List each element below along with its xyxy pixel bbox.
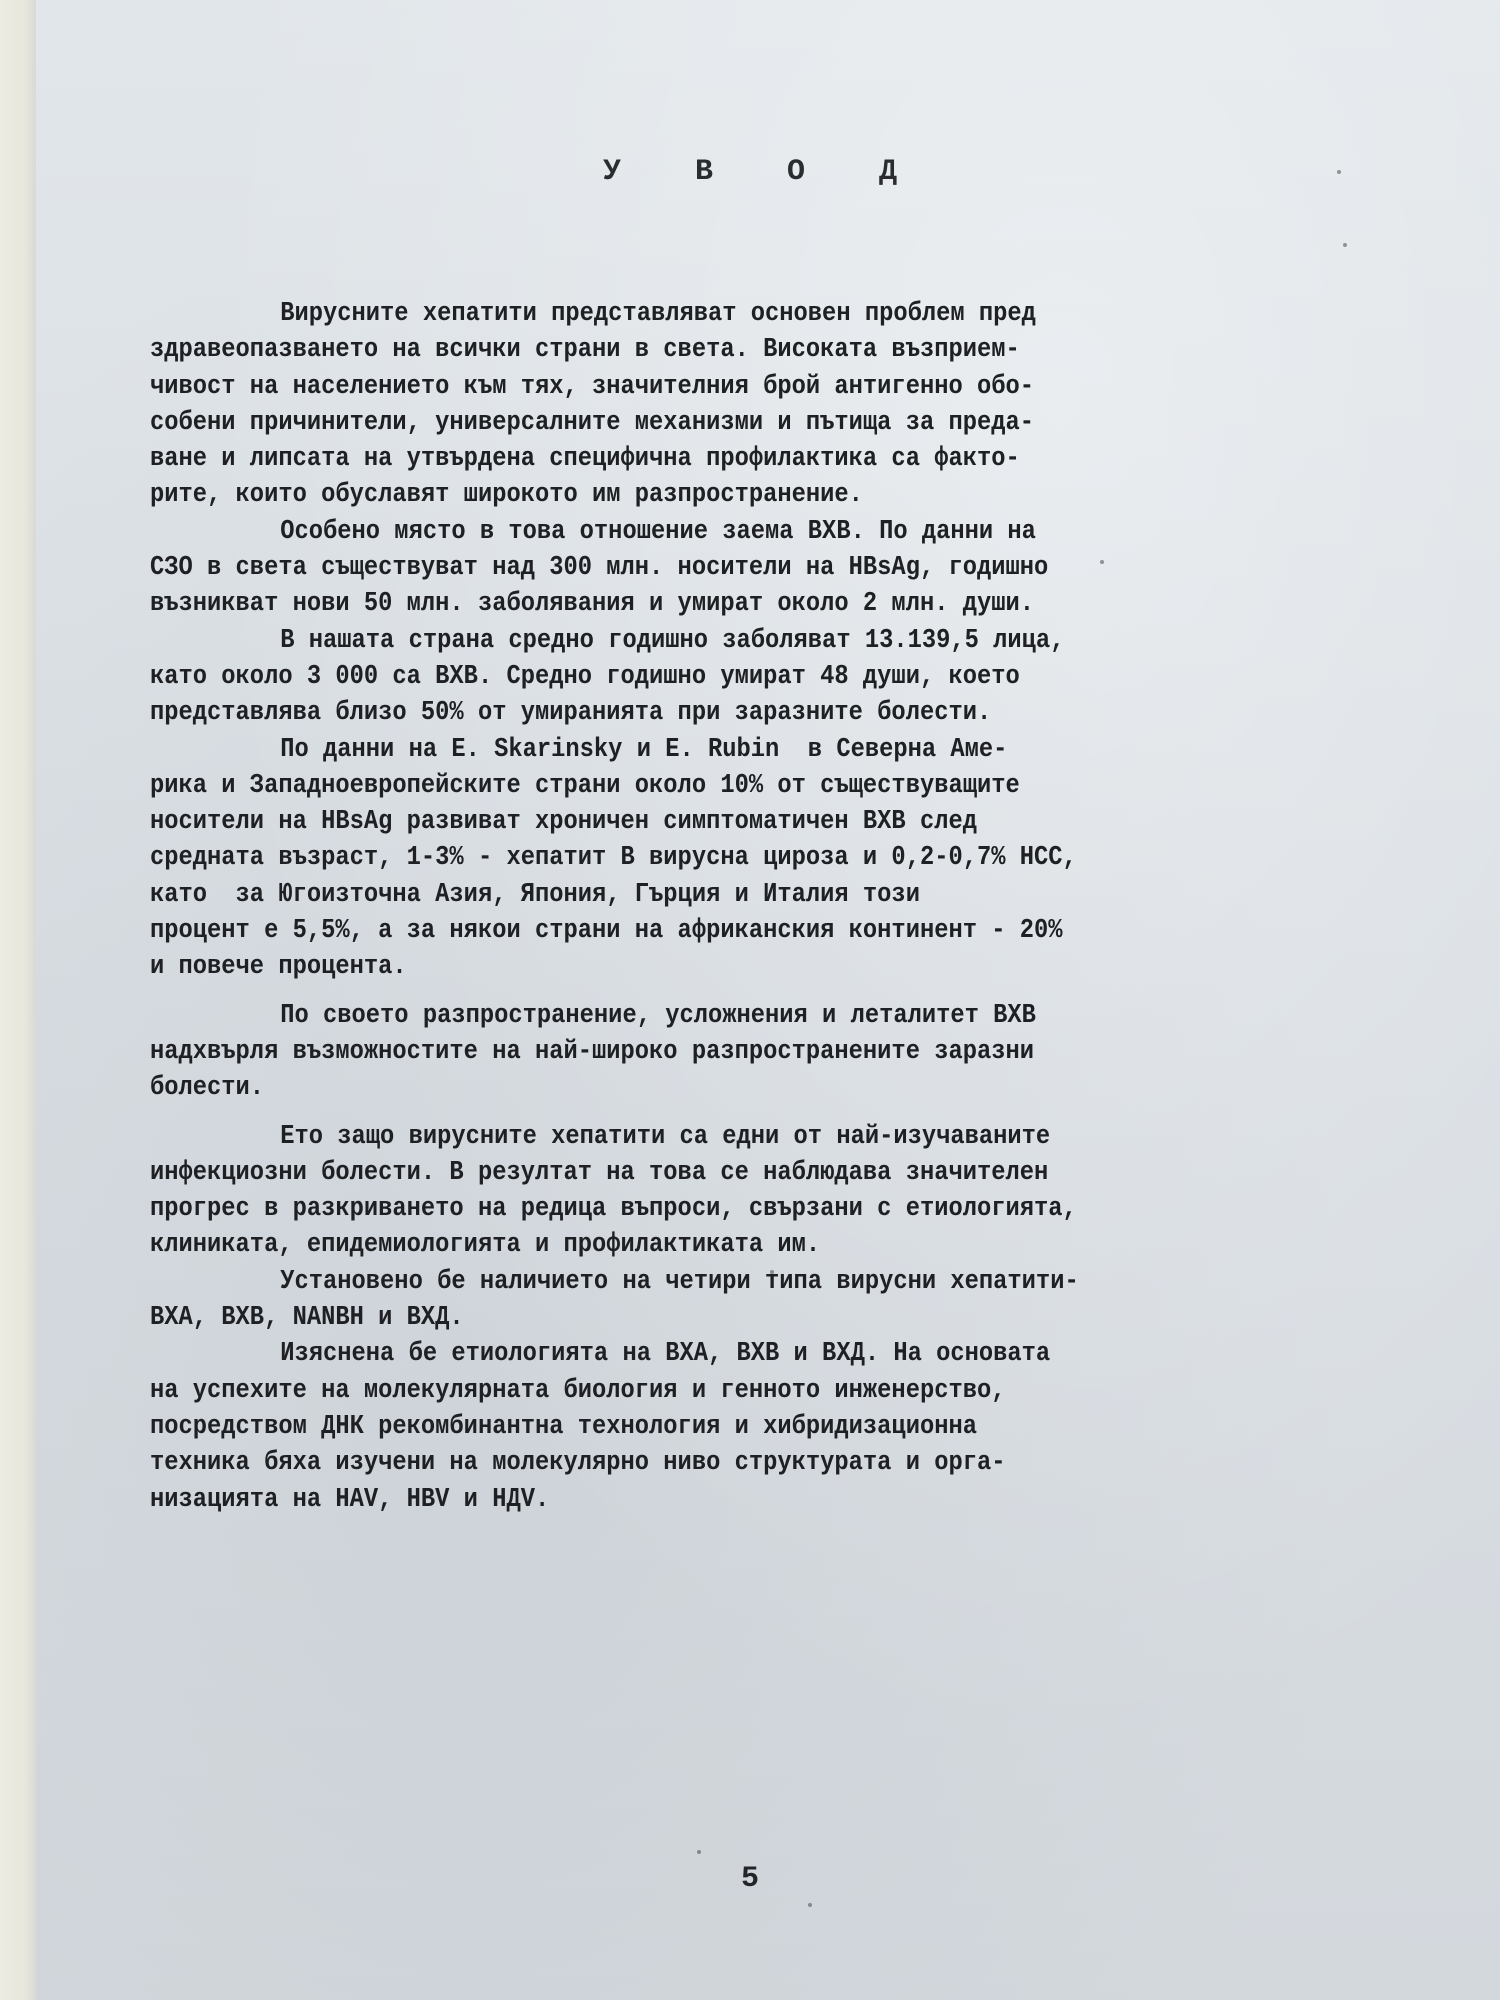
text-line: средната възраст, 1-3% - хепатит В вирус… <box>150 840 1206 876</box>
text-line: В нашата страна средно годишно заболяват… <box>150 623 1206 659</box>
text-line: и повече процента. <box>150 949 1206 985</box>
paragraph: Установено бе наличието на четири типа в… <box>150 1264 1206 1337</box>
paragraph: Ето защо вирусните хепатити са едни от н… <box>150 1119 1206 1264</box>
text-line: ване и липсата на утвърдена специфична п… <box>150 441 1206 477</box>
text-line: собени причинители, универсалните механи… <box>150 405 1206 441</box>
text-line: ВХА, ВХВ, NANBH и ВХД. <box>150 1300 1206 1336</box>
paragraph: В нашата страна средно годишно заболяват… <box>150 623 1206 732</box>
text-line: процент е 5,5%, а за някои страни на афр… <box>150 913 1206 949</box>
paragraph: Особено място в това отношение заема ВХВ… <box>150 514 1206 623</box>
text-line: посредством ДНК рекомбинантна технология… <box>150 1409 1206 1445</box>
text-line: По данни на E. Skarinsky и E. Rubin в Се… <box>150 732 1206 768</box>
text-line: здравеопазването на всички страни в свет… <box>150 332 1206 368</box>
text-line: Особено място в това отношение заема ВХВ… <box>150 514 1206 550</box>
page-title: У В О Д <box>0 155 1500 189</box>
book-gutter <box>0 0 36 2000</box>
paper-speck <box>697 1850 701 1854</box>
paper-speck <box>808 1903 812 1907</box>
paper-speck <box>1337 170 1341 174</box>
text-line: възникват нови 50 млн. заболявания и уми… <box>150 586 1206 622</box>
text-line: като около 3 000 са ВХВ. Средно годишно … <box>150 659 1206 695</box>
text-line: клиниката, епидемиологията и профилактик… <box>150 1227 1206 1263</box>
text-line: СЗО в света съществуват над 300 млн. нос… <box>150 550 1206 586</box>
text-line: техника бяха изучени на молекулярно ниво… <box>150 1445 1206 1481</box>
paragraph: Вирусните хепатити представляват основен… <box>150 296 1206 514</box>
paragraph-gap <box>150 1107 1206 1119</box>
text-line: носители на HBsAg развиват хроничен симп… <box>150 804 1206 840</box>
paragraph: По данни на E. Skarinsky и E. Rubin в Се… <box>150 732 1206 986</box>
text-line: Вирусните хепатити представляват основен… <box>150 296 1206 332</box>
text-line: надхвърля възможностите на най-широко ра… <box>150 1034 1206 1070</box>
text-line: болести. <box>150 1070 1206 1106</box>
text-line: на успехите на молекулярната биология и … <box>150 1373 1206 1409</box>
page-number: 5 <box>0 1862 1500 1896</box>
text-line: Изяснена бе етиологията на ВХА, ВХВ и ВХ… <box>150 1336 1206 1372</box>
text-line: чивост на населението към тях, значителн… <box>150 369 1206 405</box>
paragraph: По своето разпространение, усложнения и … <box>150 998 1206 1107</box>
paragraph-gap <box>150 986 1206 998</box>
paper-speck <box>1100 560 1104 564</box>
paragraph: Изяснена бе етиологията на ВХА, ВХВ и ВХ… <box>150 1336 1206 1517</box>
body-text: Вирусните хепатити представляват основен… <box>150 296 1206 1518</box>
text-line: представлява близо 50% от умиранията при… <box>150 695 1206 731</box>
text-line: като за Югоизточна Азия, Япония, Гърция … <box>150 877 1206 913</box>
text-line: рите, които обуславят широкото им разпро… <box>150 477 1206 513</box>
paper-speck <box>770 1270 774 1274</box>
paper-speck <box>1343 243 1347 247</box>
text-line: Ето защо вирусните хепатити са едни от н… <box>150 1119 1206 1155</box>
text-line: прогрес в разкриването на редица въпроси… <box>150 1191 1206 1227</box>
text-line: Установено бе наличието на четири типа в… <box>150 1264 1206 1300</box>
text-line: низацията на HAV, HBV и HДV. <box>150 1482 1206 1518</box>
text-line: рика и Западноевропейските страни около … <box>150 768 1206 804</box>
text-line: инфекциозни болести. В резултат на това … <box>150 1155 1206 1191</box>
text-line: По своето разпространение, усложнения и … <box>150 998 1206 1034</box>
